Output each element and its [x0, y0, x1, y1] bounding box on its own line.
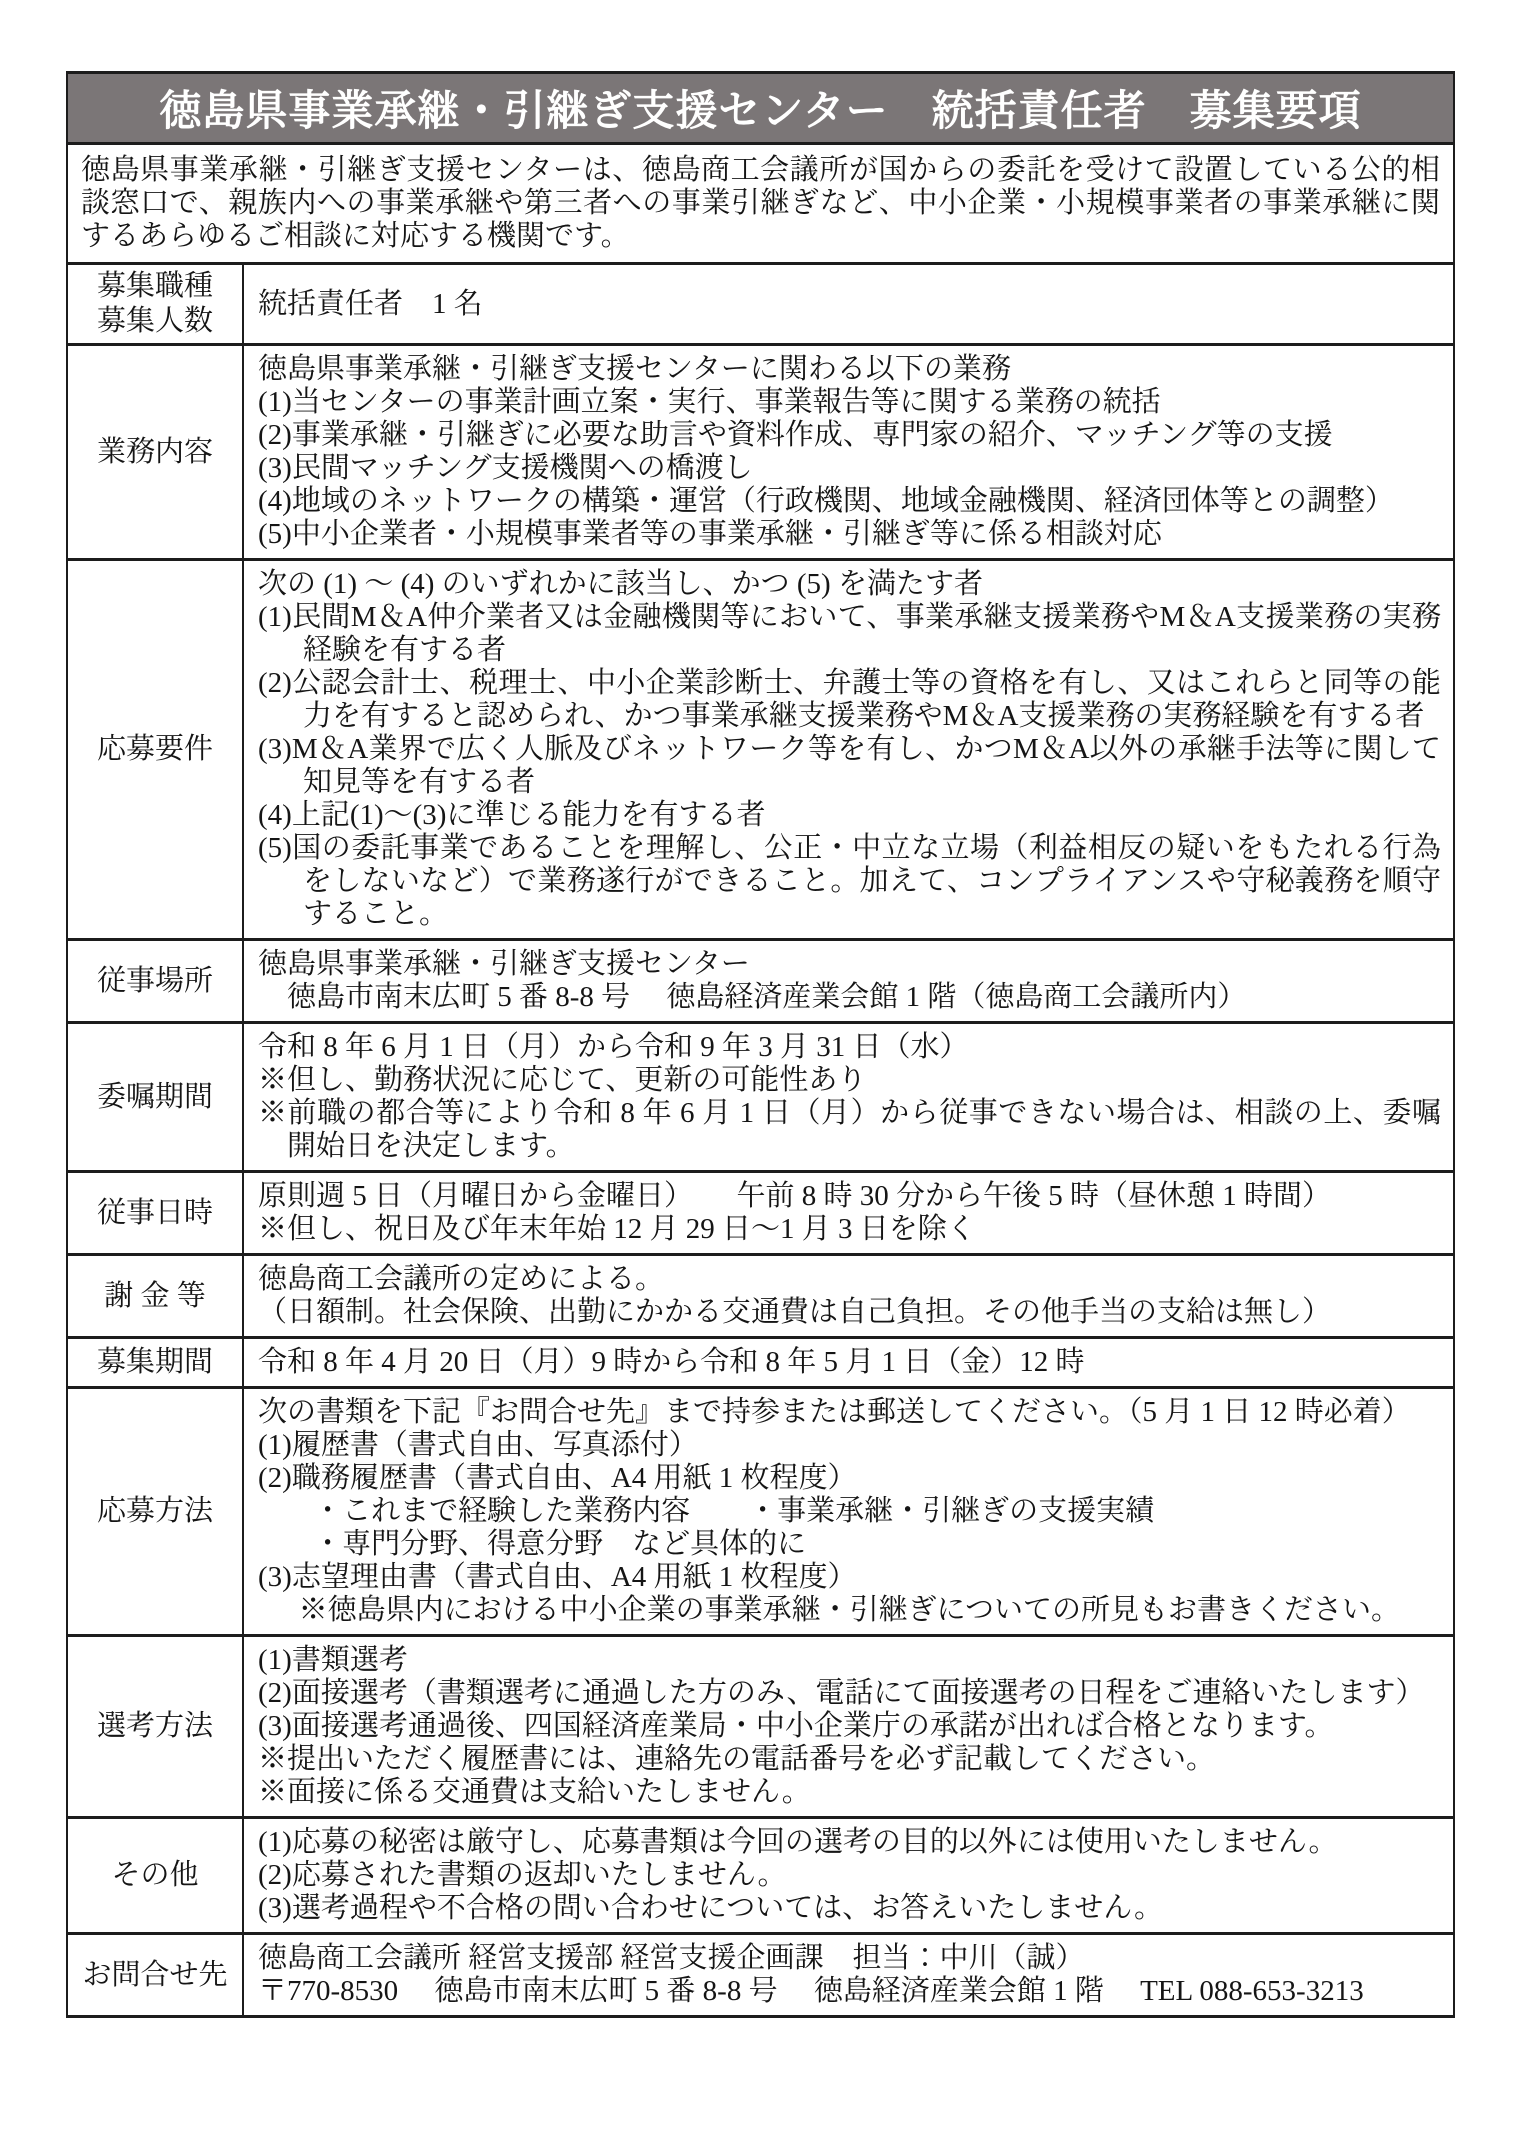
row-content-ishoku-kikan: 令和 8 年 6 月 1 日（月）から令和 9 年 3 月 31 日（水）※但し…	[243, 1023, 1454, 1172]
content-line: (1)書類選考	[258, 1644, 1441, 1677]
row-label-sonota: その他	[67, 1818, 243, 1934]
table-row-obo-yoken: 応募要件次の (1) ～ (4) のいずれかに該当し、かつ (5) を満たす者(…	[67, 560, 1454, 940]
row-content-juji-nichiji: 原則週 5 日（月曜日から金曜日） 午前 8 時 30 分から午後 5 時（昼休…	[243, 1172, 1454, 1255]
row-label-boshu-kikan: 募集期間	[67, 1338, 243, 1388]
row-label-juji-basho: 従事場所	[67, 940, 243, 1023]
row-label-obo-hoho: 応募方法	[67, 1388, 243, 1636]
row-content-senko-hoho: (1)書類選考(2)面接選考（書類選考に通過した方のみ、電話にて面接選考の日程を…	[243, 1636, 1454, 1818]
row-label-shakin-to: 謝 金 等	[67, 1255, 243, 1338]
content-line: (4)上記(1)～(3)に準じる能力を有する者	[258, 799, 1441, 832]
intro-row: 徳島県事業承継・引継ぎ支援センターは、徳島商工会議所が国からの委託を受けて設置し…	[67, 144, 1454, 264]
content-line: (3)面接選考通過後、四国経済産業局・中小企業庁の承諾が出れば合格となります。	[258, 1710, 1441, 1743]
row-label-juji-nichiji: 従事日時	[67, 1172, 243, 1255]
content-line: 令和 8 年 4 月 20 日（月）9 時から令和 8 年 5 月 1 日（金）…	[258, 1346, 1441, 1379]
table-row-ishoku-kikan: 委嘱期間令和 8 年 6 月 1 日（月）から令和 9 年 3 月 31 日（水…	[67, 1023, 1454, 1172]
page-title: 徳島県事業承継・引継ぎ支援センター 統括責任者 募集要項	[67, 73, 1454, 144]
row-label-line: 業務内容	[72, 435, 238, 470]
table-row-obo-hoho: 応募方法次の書類を下記『お問合せ先』まで持参または郵送してください。（5 月 1…	[67, 1388, 1454, 1636]
content-line: ※前職の都合等により令和 8 年 6 月 1 日（月）から従事できない場合は、相…	[258, 1097, 1441, 1163]
content-line: (3)M＆A業界で広く人脈及びネットワーク等を有し、かつM＆A以外の承継手法等に…	[258, 733, 1441, 799]
content-line: (2)職務履歴書（書式自由、A4 用紙 1 枚程度）	[258, 1462, 1441, 1495]
row-content-obo-yoken: 次の (1) ～ (4) のいずれかに該当し、かつ (5) を満たす者(1)民間…	[243, 560, 1454, 940]
table-row-otoiawase-saki: お問合せ先徳島商工会議所 経営支援部 経営支援企画課 担当：中川（誠）〒770-…	[67, 1934, 1454, 2017]
title-row: 徳島県事業承継・引継ぎ支援センター 統括責任者 募集要項	[67, 73, 1454, 144]
row-label-line: 応募要件	[72, 732, 238, 767]
row-label-line: 謝 金 等	[72, 1279, 238, 1314]
row-label-line: 選考方法	[72, 1709, 238, 1744]
notice-table: 徳島県事業承継・引継ぎ支援センター 統括責任者 募集要項 徳島県事業承継・引継ぎ…	[66, 71, 1455, 2018]
row-label-senko-hoho: 選考方法	[67, 1636, 243, 1818]
table-row-boshu-shokushu: 募集職種募集人数統括責任者 1 名	[67, 264, 1454, 345]
row-label-line: 募集職種	[72, 269, 238, 304]
notice-table-body: 徳島県事業承継・引継ぎ支援センター 統括責任者 募集要項 徳島県事業承継・引継ぎ…	[67, 73, 1454, 2017]
content-line: 徳島県事業承継・引継ぎ支援センターに関わる以下の業務	[258, 353, 1441, 386]
row-label-otoiawase-saki: お問合せ先	[67, 1934, 243, 2017]
row-label-ishoku-kikan: 委嘱期間	[67, 1023, 243, 1172]
row-content-gyomu-naiyo: 徳島県事業承継・引継ぎ支援センターに関わる以下の業務(1)当センターの事業計画立…	[243, 345, 1454, 560]
content-line: ※提出いただく履歴書には、連絡先の電話番号を必ず記載してください。	[258, 1743, 1441, 1776]
content-line: (3)志望理由書（書式自由、A4 用紙 1 枚程度）	[258, 1561, 1441, 1594]
row-label-line: 募集期間	[72, 1345, 238, 1380]
row-label-gyomu-naiyo: 業務内容	[67, 345, 243, 560]
content-line: (3)民間マッチング支援機関への橋渡し	[258, 452, 1441, 485]
table-row-boshu-kikan: 募集期間令和 8 年 4 月 20 日（月）9 時から令和 8 年 5 月 1 …	[67, 1338, 1454, 1388]
content-line: ・専門分野、得意分野 など具体的に	[258, 1528, 1441, 1561]
row-content-otoiawase-saki: 徳島商工会議所 経営支援部 経営支援企画課 担当：中川（誠）〒770-8530 …	[243, 1934, 1454, 2017]
content-line: 次の書類を下記『お問合せ先』まで持参または郵送してください。（5 月 1 日 1…	[258, 1396, 1441, 1429]
table-row-sonota: その他(1)応募の秘密は厳守し、応募書類は今回の選考の目的以外には使用いたしませ…	[67, 1818, 1454, 1934]
content-line: ※徳島県内における中小企業の事業承継・引継ぎについての所見もお書きください。	[258, 1594, 1441, 1627]
row-label-line: 委嘱期間	[72, 1080, 238, 1115]
content-line: (5)中小企業者・小規模事業者等の事業承継・引継ぎ等に係る相談対応	[258, 518, 1441, 551]
content-line: 〒770-8530 徳島市南末広町 5 番 8-8 号 徳島経済産業会館 1 階…	[258, 1975, 1441, 2008]
recruitment-notice: 徳島県事業承継・引継ぎ支援センター 統括責任者 募集要項 徳島県事業承継・引継ぎ…	[66, 71, 1455, 2018]
content-line: ※但し、勤務状況に応じて、更新の可能性あり	[258, 1064, 1441, 1097]
content-line: 統括責任者 1 名	[258, 288, 1441, 321]
content-line: ・これまで経験した業務内容 ・事業承継・引継ぎの支援実績	[258, 1495, 1441, 1528]
content-line: 徳島商工会議所 経営支援部 経営支援企画課 担当：中川（誠）	[258, 1942, 1441, 1975]
content-line: 原則週 5 日（月曜日から金曜日） 午前 8 時 30 分から午後 5 時（昼休…	[258, 1180, 1441, 1213]
row-content-juji-basho: 徳島県事業承継・引継ぎ支援センター徳島市南末広町 5 番 8-8 号 徳島経済産…	[243, 940, 1454, 1023]
row-label-line: その他	[72, 1858, 238, 1893]
row-content-boshu-kikan: 令和 8 年 4 月 20 日（月）9 時から令和 8 年 5 月 1 日（金）…	[243, 1338, 1454, 1388]
row-label-line: 従事日時	[72, 1196, 238, 1231]
row-content-boshu-shokushu: 統括責任者 1 名	[243, 264, 1454, 345]
content-line: ※面接に係る交通費は支給いたしません。	[258, 1776, 1441, 1809]
content-line: (3)選考過程や不合格の問い合わせについては、お答えいたしません。	[258, 1892, 1441, 1925]
table-row-senko-hoho: 選考方法(1)書類選考(2)面接選考（書類選考に通過した方のみ、電話にて面接選考…	[67, 1636, 1454, 1818]
content-line: （日額制。社会保険、出勤にかかる交通費は自己負担。その他手当の支給は無し）	[258, 1296, 1441, 1329]
row-content-obo-hoho: 次の書類を下記『お問合せ先』まで持参または郵送してください。（5 月 1 日 1…	[243, 1388, 1454, 1636]
content-line: (1)民間M＆A仲介業者又は金融機関等において、事業承継支援業務やM＆A支援業務…	[258, 601, 1441, 667]
content-line: (2)応募された書類の返却いたしません。	[258, 1859, 1441, 1892]
content-line: (1)当センターの事業計画立案・実行、事業報告等に関する業務の統括	[258, 386, 1441, 419]
table-row-juji-nichiji: 従事日時原則週 5 日（月曜日から金曜日） 午前 8 時 30 分から午後 5 …	[67, 1172, 1454, 1255]
row-label-boshu-shokushu: 募集職種募集人数	[67, 264, 243, 345]
row-label-obo-yoken: 応募要件	[67, 560, 243, 940]
row-content-sonota: (1)応募の秘密は厳守し、応募書類は今回の選考の目的以外には使用いたしません。(…	[243, 1818, 1454, 1934]
row-label-line: 応募方法	[72, 1494, 238, 1529]
content-line: (2)公認会計士、税理士、中小企業診断士、弁護士等の資格を有し、又はこれらと同等…	[258, 667, 1441, 733]
row-label-line: 募集人数	[72, 304, 238, 339]
content-line: (2)面接選考（書類選考に通過した方のみ、電話にて面接選考の日程をご連絡いたしま…	[258, 1677, 1441, 1710]
content-line: 次の (1) ～ (4) のいずれかに該当し、かつ (5) を満たす者	[258, 568, 1441, 601]
content-line: (4)地域のネットワークの構築・運営（行政機関、地域金融機関、経済団体等との調整…	[258, 485, 1441, 518]
row-content-shakin-to: 徳島商工会議所の定めによる。（日額制。社会保険、出勤にかかる交通費は自己負担。そ…	[243, 1255, 1454, 1338]
content-line: (5)国の委託事業であることを理解し、公正・中立な立場（利益相反の疑いをもたれる…	[258, 832, 1441, 931]
content-line: 徳島市南末広町 5 番 8-8 号 徳島経済産業会館 1 階（徳島商工会議所内）	[258, 981, 1441, 1014]
table-row-gyomu-naiyo: 業務内容徳島県事業承継・引継ぎ支援センターに関わる以下の業務(1)当センターの事…	[67, 345, 1454, 560]
content-line: (2)事業承継・引継ぎに必要な助言や資料作成、専門家の紹介、マッチング等の支援	[258, 419, 1441, 452]
row-label-line: お問合せ先	[72, 1958, 238, 1993]
content-line: ※但し、祝日及び年末年始 12 月 29 日～1 月 3 日を除く	[258, 1213, 1441, 1246]
content-line: 徳島県事業承継・引継ぎ支援センター	[258, 948, 1441, 981]
table-row-shakin-to: 謝 金 等徳島商工会議所の定めによる。（日額制。社会保険、出勤にかかる交通費は自…	[67, 1255, 1454, 1338]
table-row-juji-basho: 従事場所徳島県事業承継・引継ぎ支援センター徳島市南末広町 5 番 8-8 号 徳…	[67, 940, 1454, 1023]
row-label-line: 従事場所	[72, 964, 238, 999]
content-line: 徳島商工会議所の定めによる。	[258, 1263, 1441, 1296]
notice-intro: 徳島県事業承継・引継ぎ支援センターは、徳島商工会議所が国からの委託を受けて設置し…	[67, 144, 1454, 264]
content-line: (1)履歴書（書式自由、写真添付）	[258, 1429, 1441, 1462]
content-line: (1)応募の秘密は厳守し、応募書類は今回の選考の目的以外には使用いたしません。	[258, 1826, 1441, 1859]
content-line: 令和 8 年 6 月 1 日（月）から令和 9 年 3 月 31 日（水）	[258, 1031, 1441, 1064]
